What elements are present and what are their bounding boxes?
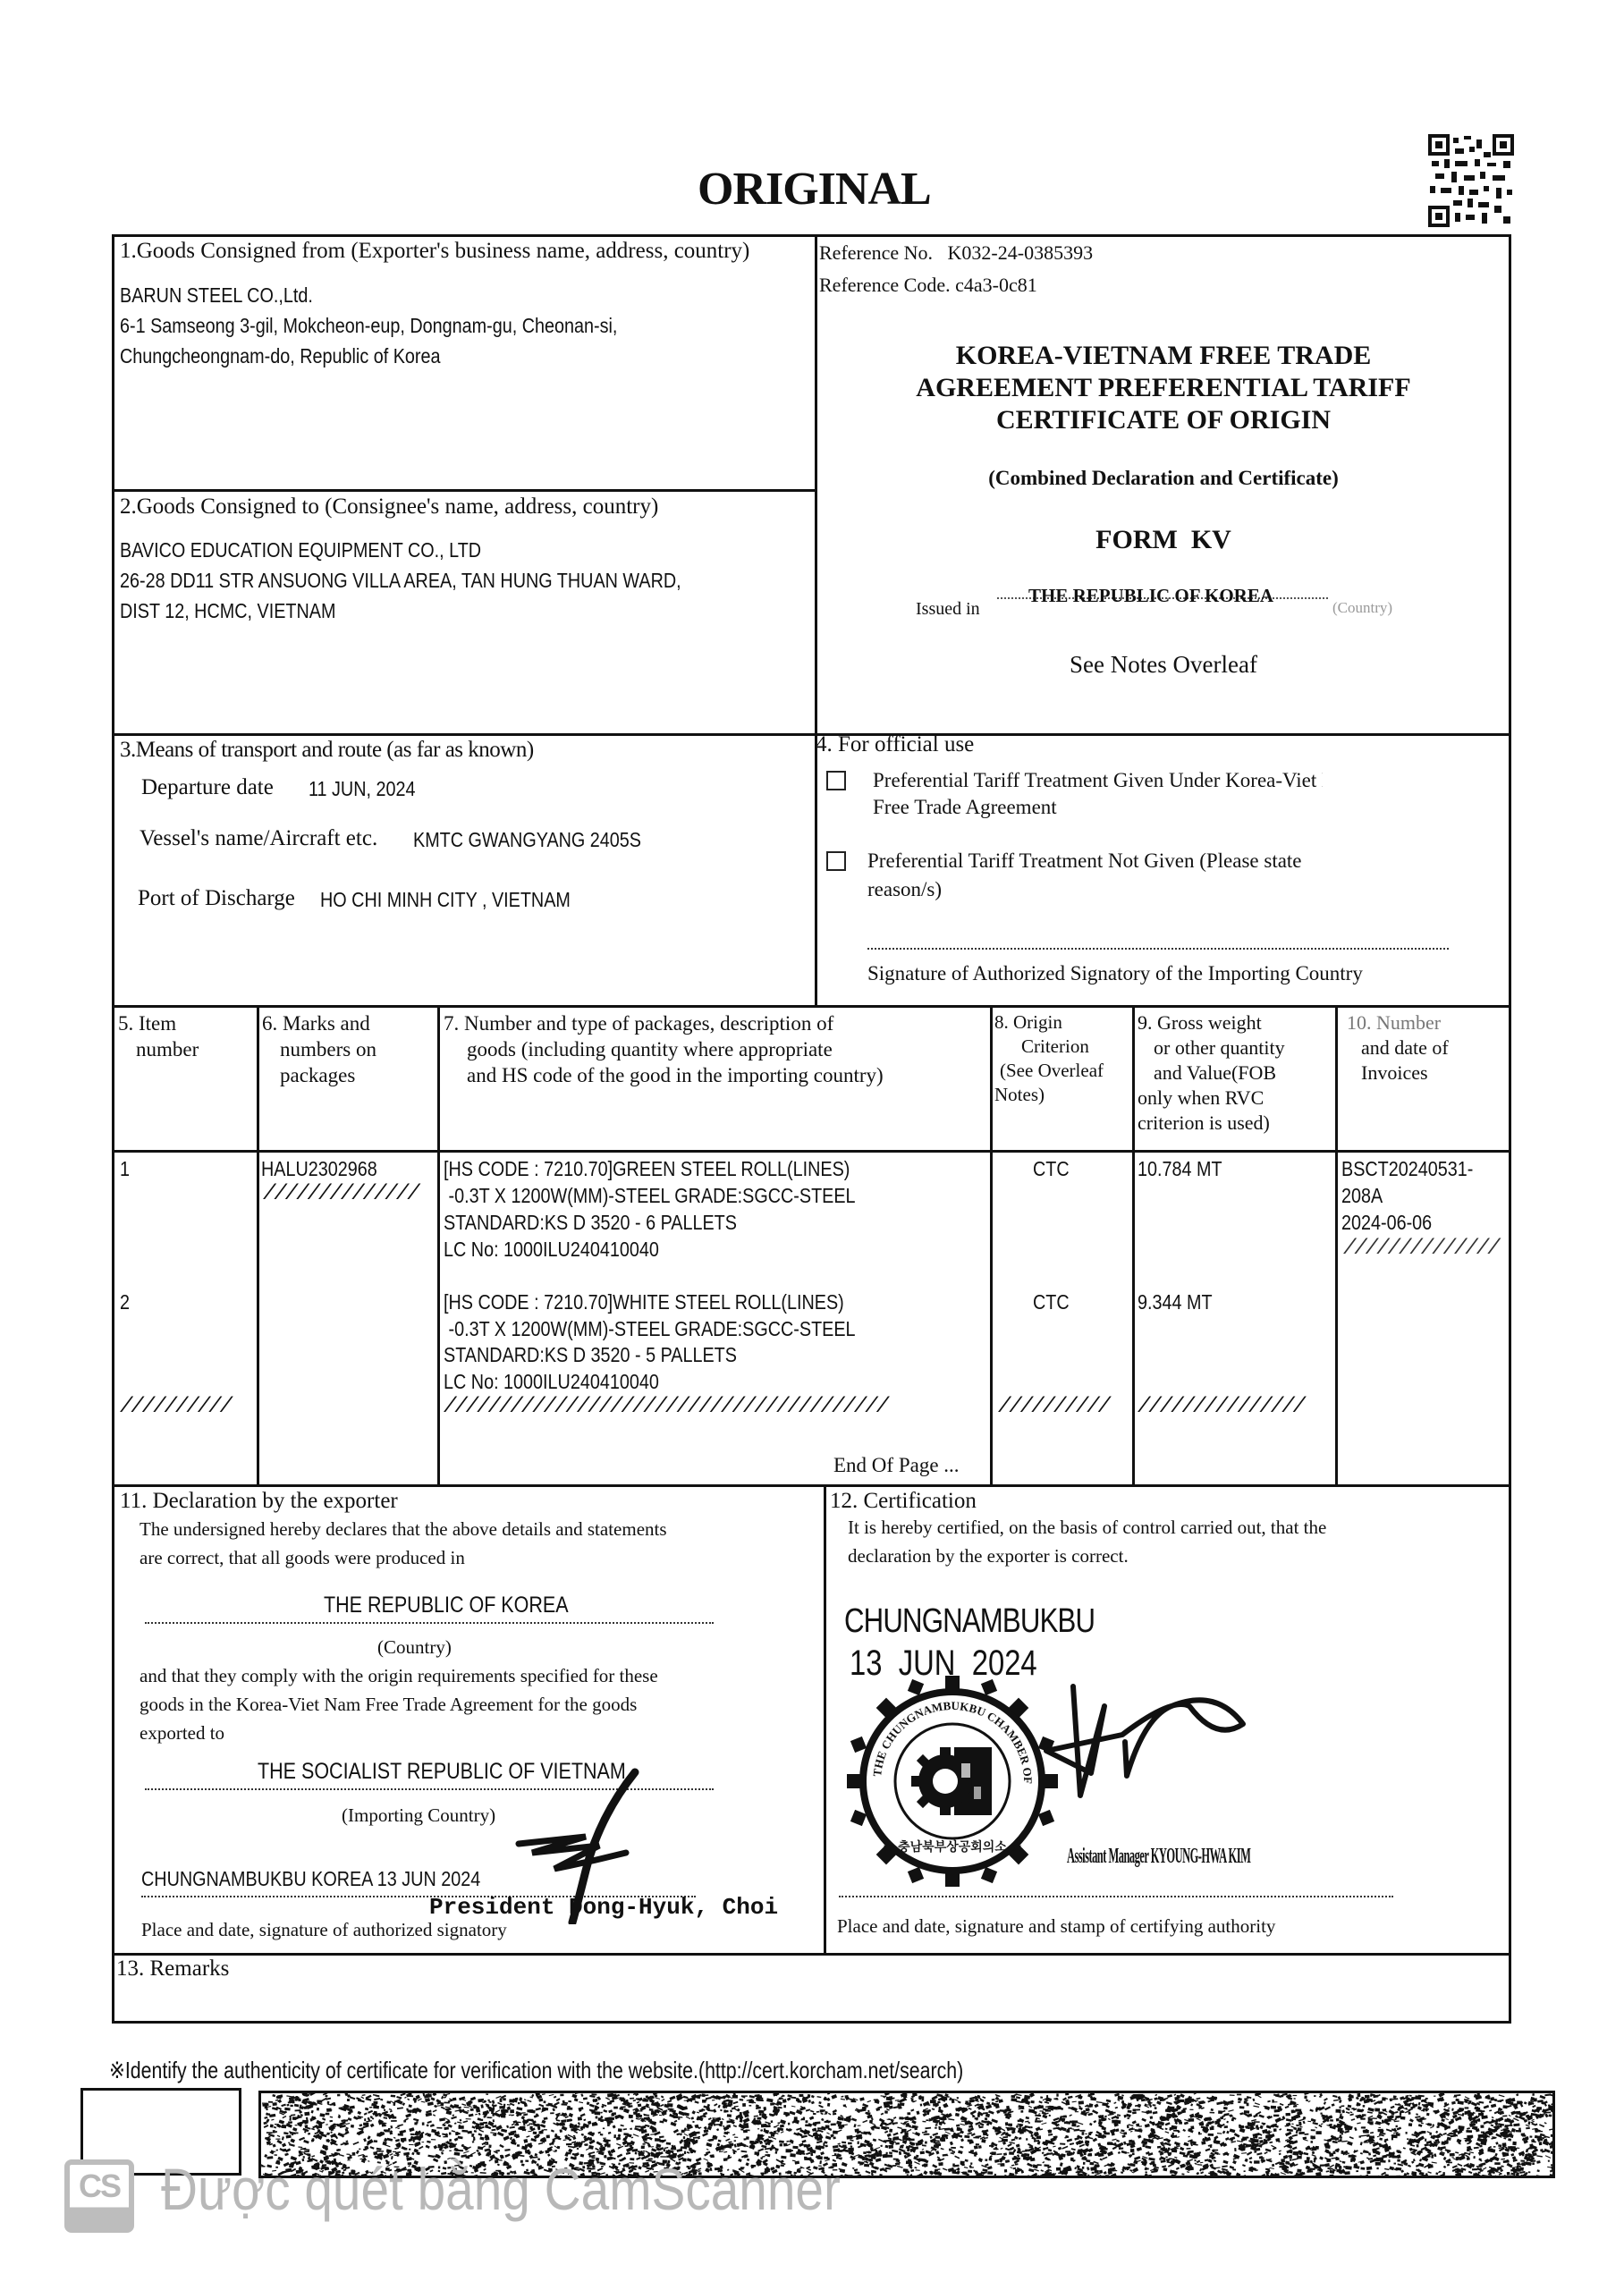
camscanner-logo-text: CS: [70, 2165, 129, 2208]
row1-desc-1: [HS CODE : 7210.70]GREEN STEEL ROLL(LINE…: [444, 1155, 850, 1182]
row2-desc-2: -0.3T X 1200W(MM)-STEEL GRADE:SGCC-STEEL: [444, 1315, 856, 1342]
row2-origin: CTC: [1033, 1289, 1070, 1315]
departure-date-label: Departure date: [141, 774, 274, 801]
exporter-signature-caption: Place and date, signature of authorized …: [141, 1915, 507, 1945]
certifier-signature-line: [839, 1896, 1393, 1897]
option-not-given-line2: reason/s): [867, 876, 942, 903]
country-caption: (Country): [1332, 599, 1392, 617]
declaration-text-3: and that they comply with the origin req…: [140, 1661, 658, 1691]
col-header-weight: 9. Gross weight or other quantity and Va…: [1138, 1010, 1285, 1136]
stamp-place: CHUNGNAMBUKBU: [844, 1602, 1095, 1641]
document-title: ORIGINAL: [698, 163, 931, 215]
camscanner-logo-icon: CS: [64, 2159, 134, 2233]
vessel-label: Vessel's name/Aircraft etc.: [140, 825, 377, 852]
row2-item: 2: [120, 1289, 130, 1315]
svg-text:★ 충남북부상공회의소 ★: ★ 충남북부상공회의소 ★: [883, 1839, 1023, 1855]
producing-country: THE REPUBLIC OF KOREA: [324, 1592, 569, 1618]
row2-weight: 9.344 MT: [1138, 1289, 1213, 1315]
row1-invoice-3: 2024-06-06: [1341, 1209, 1432, 1236]
row1-item: 1: [120, 1155, 130, 1182]
declaration-text-1: The undersigned hereby declares that the…: [140, 1515, 667, 1544]
exporter-address-line1: 6-1 Samseong 3-gil, Mokcheon-eup, Dongna…: [120, 312, 617, 339]
row1-desc-2: -0.3T X 1200W(MM)-STEEL GRADE:SGCC-STEEL: [444, 1182, 856, 1209]
row1-marks-slashes: //////////////: [263, 1182, 419, 1206]
checkbox-preferential-not-given[interactable]: [826, 851, 846, 871]
row1-desc-3: STANDARD:KS D 3520 - 6 PALLETS: [444, 1209, 737, 1236]
qr-code-icon: [1428, 134, 1514, 227]
heading-line2: AGREEMENT PREFERENTIAL TARIFF: [816, 372, 1511, 404]
box3-bottom-border: [112, 1005, 1511, 1008]
departure-date-value: 11 JUN, 2024: [309, 775, 415, 802]
row1-marks: HALU2302968: [261, 1155, 377, 1182]
declaration-text-4: goods in the Korea-Viet Nam Free Trade A…: [140, 1690, 637, 1720]
box2-label: 2.Goods Consigned to (Consignee's name, …: [120, 494, 658, 520]
box11-label: 11. Declaration by the exporter: [120, 1488, 398, 1515]
col-divider-9: [1132, 1005, 1135, 1484]
consignee-address-line1: 26-28 DD11 STR ANSUONG VILLA AREA, TAN H…: [120, 567, 681, 594]
consignee-address-line2: DIST 12, HCMC, VIETNAM: [120, 597, 335, 624]
importing-signature-line: [867, 948, 1449, 950]
certification-text-1: It is hereby certified, on the basis of …: [848, 1513, 1326, 1542]
box4-label: 4. For official use: [816, 731, 974, 758]
closing-slashes-description: ////////////////////////////////////////: [444, 1395, 887, 1419]
col-divider-8: [990, 1005, 993, 1484]
certificate-subtitle: (Combined Declaration and Certificate): [816, 467, 1511, 490]
closing-slashes-weight: ///////////////: [1138, 1395, 1304, 1419]
reference-code-label: Reference Code.: [819, 274, 951, 296]
producing-country-caption: (Country): [377, 1633, 452, 1662]
form-bottom-border: [112, 2021, 1511, 2024]
verification-note: ※Identify the authenticity of certificat…: [109, 2057, 963, 2084]
box3-label: 3.Means of transport and route (as far a…: [120, 737, 534, 764]
see-notes-overleaf: See Notes Overleaf: [816, 651, 1511, 679]
row1-invoice-2: 208A: [1341, 1182, 1383, 1209]
row2-desc-4: LC No: 1000ILU240410040: [444, 1368, 659, 1395]
col-header-item: 5. Item number: [118, 1010, 199, 1062]
consignee-name: BAVICO EDUCATION EQUIPMENT CO., LTD: [120, 537, 481, 563]
producing-country-line: [145, 1622, 714, 1624]
box1-bottom-border: [112, 489, 816, 492]
reference-code: Reference Code. c4a3-0c81: [819, 274, 1037, 297]
declaration-text-5: exported to: [140, 1719, 224, 1748]
box13-label: 13. Remarks: [116, 1956, 229, 1982]
col-header-description: 7. Number and type of packages, descript…: [444, 1010, 884, 1088]
checkbox-preferential-given[interactable]: [826, 771, 846, 790]
box2-bottom-border: [112, 733, 1511, 736]
certificate-heading: KOREA-VIETNAM FREE TRADE AGREEMENT PREFE…: [816, 340, 1511, 436]
col-divider-10: [1335, 1005, 1338, 1484]
camscanner-watermark: Được quét bằng CamScanner: [161, 2155, 841, 2223]
form-name: FORM KV: [816, 525, 1511, 555]
chamber-seal-icon: THE CHUNGNAMBUKBU CHAMBER OF COMMERCE & …: [845, 1674, 1060, 1893]
heading-line3: CERTIFICATE OF ORIGIN: [816, 404, 1511, 436]
heading-line1: KOREA-VIETNAM FREE TRADE: [816, 340, 1511, 372]
port-of-discharge-label: Port of Discharge: [138, 885, 295, 912]
reference-code-value: c4a3-0c81: [955, 274, 1037, 296]
certification-text-2: declaration by the exporter is correct.: [848, 1542, 1129, 1571]
issued-in-value: THE REPUBLIC OF KOREA: [1028, 585, 1273, 607]
importing-signature-caption: Signature of Authorized Signatory of the…: [867, 960, 1363, 987]
box1-label: 1.Goods Consigned from (Exporter's busin…: [120, 238, 749, 265]
port-of-discharge-value: HO CHI MINH CITY , VIETNAM: [320, 886, 571, 913]
closing-slashes-item: //////////: [120, 1395, 231, 1419]
exporter-place-date: CHUNGNAMBUKBU KOREA 13 JUN 2024: [141, 1865, 480, 1892]
goods-header-bottom: [112, 1150, 1511, 1153]
reference-no-value: K032-24-0385393: [948, 241, 1094, 264]
exporter-address-line2: Chungcheongnam-do, Republic of Korea: [120, 342, 440, 369]
row1-origin: CTC: [1033, 1155, 1070, 1182]
issued-in-label: Issued in: [916, 599, 980, 620]
exporter-name: BARUN STEEL CO.,Ltd.: [120, 282, 313, 308]
row2-desc-1: [HS CODE : 7210.70]WHITE STEEL ROLL(LINE…: [444, 1289, 844, 1315]
row1-weight: 10.784 MT: [1138, 1155, 1222, 1182]
end-of-page: End Of Page ...: [833, 1452, 960, 1479]
exporter-signature-icon: [501, 1763, 662, 1929]
row1-invoice-slashes: //////////////: [1343, 1237, 1499, 1261]
col-divider-7: [437, 1005, 440, 1484]
certifier-signature-icon: [1037, 1679, 1252, 1809]
box11-bottom-border: [112, 1953, 1511, 1956]
vessel-value: KMTC GWANGYANG 2405S: [413, 826, 641, 853]
importing-country-caption: (Importing Country): [342, 1801, 495, 1830]
box12-label: 12. Certification: [830, 1488, 977, 1515]
goods-table-bottom: [112, 1484, 1511, 1487]
closing-slashes-origin: //////////: [998, 1395, 1109, 1419]
row1-desc-4: LC No: 1000ILU240410040: [444, 1236, 659, 1263]
certifier-signature-caption: Place and date, signature and stamp of c…: [837, 1912, 1275, 1941]
col-header-invoices: 10. Number and date of Invoices: [1341, 1010, 1449, 1086]
row2-desc-3: STANDARD:KS D 3520 - 5 PALLETS: [444, 1341, 737, 1368]
reference-no: Reference No. K032-24-0385393: [819, 241, 1093, 265]
col-header-origin: 8. Origin Criterion (See Overleaf Notes): [994, 1010, 1104, 1107]
col-divider-6: [257, 1005, 259, 1484]
declaration-divider: [824, 1484, 826, 1954]
option-given-line1: Preferential Tariff Treatment Given Unde…: [873, 767, 1362, 794]
reference-no-label: Reference No.: [819, 241, 933, 264]
option-not-given-line1: Preferential Tariff Treatment Not Given …: [867, 848, 1302, 875]
col-header-marks: 6. Marks and numbers on packages: [262, 1010, 376, 1088]
row1-invoice-1: BSCT20240531-: [1341, 1155, 1473, 1182]
option-given-line2: Free Trade Agreement: [873, 794, 1057, 821]
declaration-text-2: are correct, that all goods were produce…: [140, 1543, 465, 1573]
certifying-officer: Assistant Manager KYOUNG-HWA KIM: [1067, 1845, 1250, 1869]
